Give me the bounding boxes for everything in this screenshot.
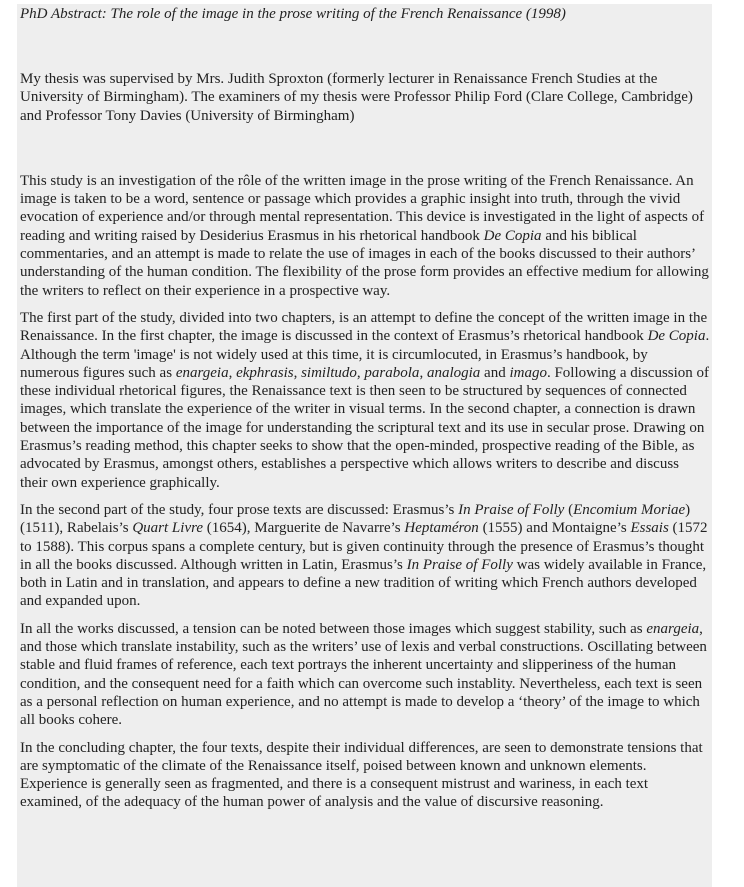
text-segment: In all the works discussed, a tension ca… — [20, 621, 646, 637]
thesis-credits: My thesis was supervised by Mrs. Judith … — [20, 70, 710, 125]
abstract-paragraph-2: The first part of the study, divided int… — [20, 309, 710, 492]
page-title: PhD Abstract: The role of the image in t… — [20, 5, 710, 23]
italic-term: De Copia — [484, 228, 542, 244]
abstract-content: PhD Abstract: The role of the image in t… — [20, 5, 710, 812]
text-segment: , — [229, 365, 237, 381]
text-segment: , — [294, 365, 302, 381]
italic-term: imago — [509, 365, 547, 381]
text-segment: (1555) and Montaigne’s — [479, 520, 631, 536]
abstract-paragraph-3: In the second part of the study, four pr… — [20, 501, 710, 611]
italic-term: enargeia — [646, 621, 699, 637]
text-segment: In the second part of the study, four pr… — [20, 502, 458, 518]
italic-term: ekphrasis — [236, 365, 294, 381]
text-segment: In the concluding chapter, the four text… — [20, 740, 703, 811]
italic-term: Essais — [630, 520, 668, 536]
italic-term: Heptaméron — [404, 520, 478, 536]
italic-term: enargeia — [176, 365, 229, 381]
abstract-paragraph-4: In all the works discussed, a tension ca… — [20, 620, 710, 730]
italic-term: De Copia — [648, 328, 706, 344]
italic-term: Encomium Moriae — [573, 502, 685, 518]
italic-term: Quart Livre — [132, 520, 203, 536]
text-segment: . Following a discussion of these indivi… — [20, 365, 709, 491]
text-segment: (1654), Marguerite de Navarre’s — [203, 520, 404, 536]
italic-term: parabola — [364, 365, 419, 381]
italic-term: analogia — [427, 365, 480, 381]
text-segment: and — [480, 365, 509, 381]
abstract-paragraph-1: This study is an investigation of the rô… — [20, 172, 710, 300]
text-segment: The first part of the study, divided int… — [20, 310, 707, 344]
italic-term: In Praise of Folly — [458, 502, 564, 518]
text-segment: , — [419, 365, 427, 381]
italic-term: similtudo — [301, 365, 357, 381]
abstract-paragraph-5: In the concluding chapter, the four text… — [20, 739, 710, 812]
text-segment: ( — [564, 502, 573, 518]
italic-term: In Praise of Folly — [407, 557, 513, 573]
